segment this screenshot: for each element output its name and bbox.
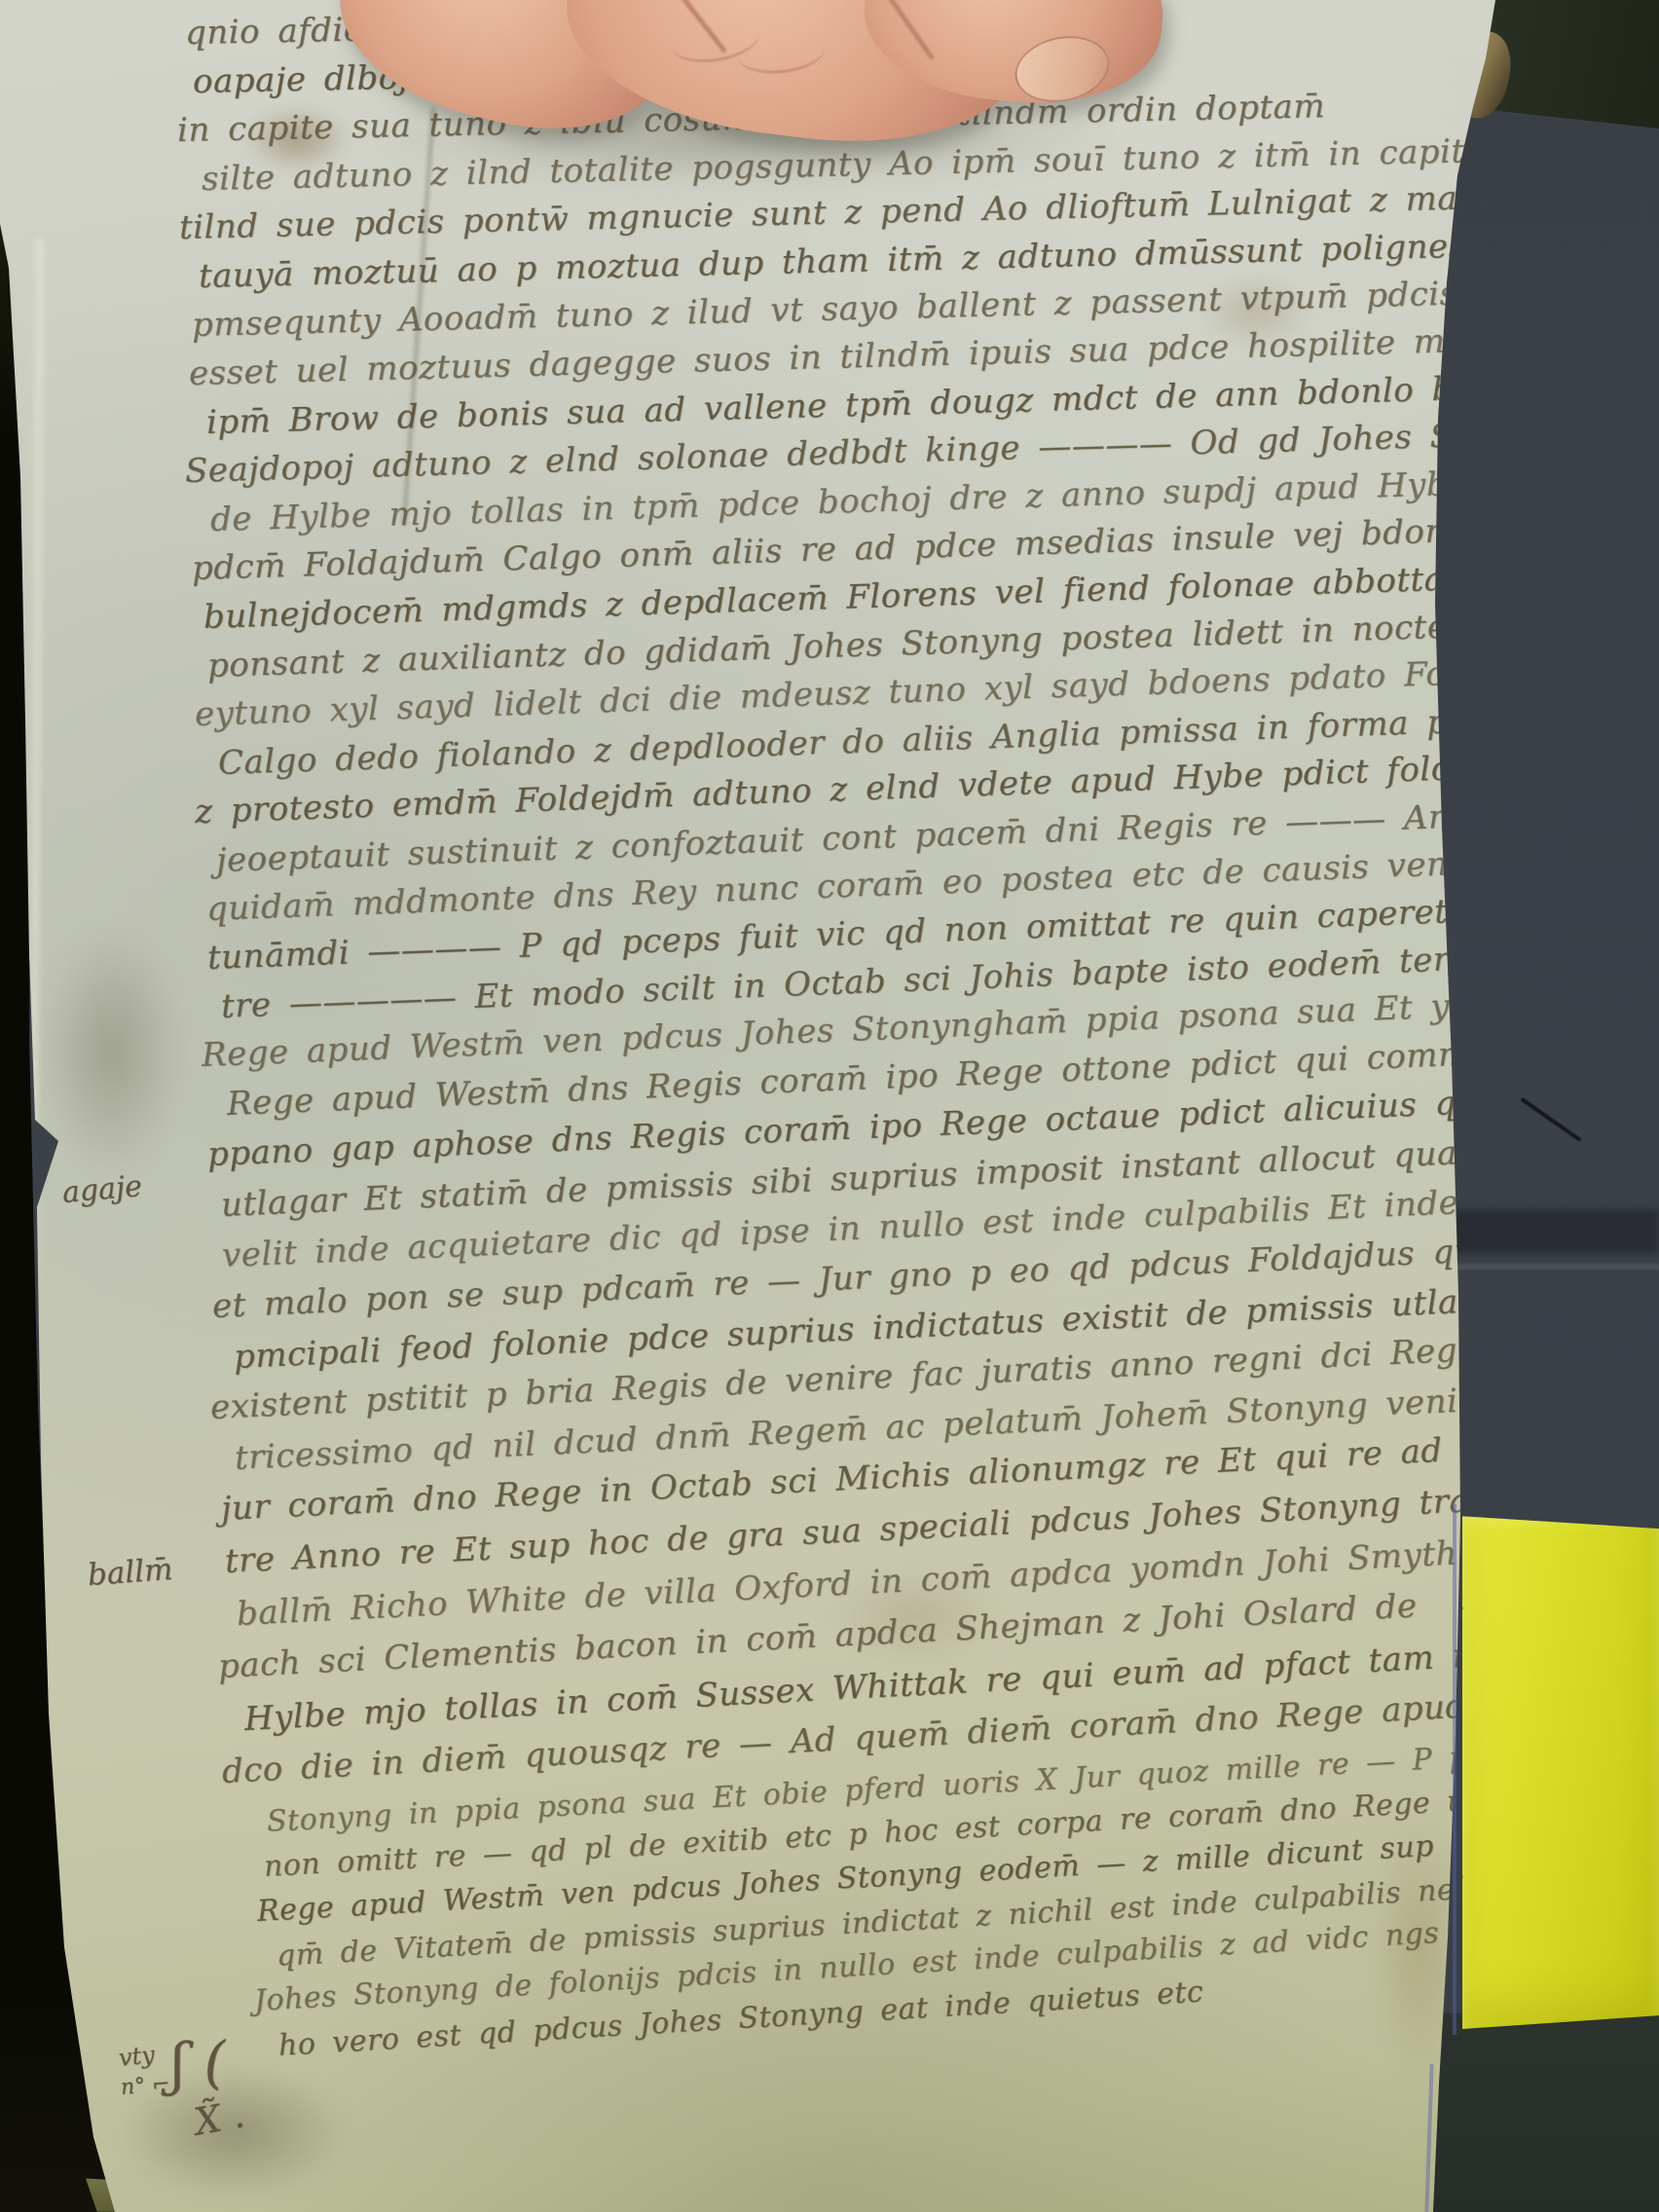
background-fold-shadow	[1439, 1209, 1659, 1254]
margin-note: ballm̄	[87, 1552, 174, 1593]
parchment-page: qnio afdio sm̄ ——— do ipud Brow tuno itm…	[0, 0, 1659, 2212]
margin-note: vty	[118, 2041, 156, 2072]
archive-photo-scene: qnio afdio sm̄ ——— do ipud Brow tuno itm…	[0, 0, 1659, 2212]
margin-note: X̃ .	[191, 2092, 247, 2143]
hand-fingers	[0, 0, 1659, 253]
paper-edge-fringe	[1453, 1504, 1456, 2035]
margin-note: ʃ (	[169, 2029, 227, 2097]
margin-note: agaje	[60, 1169, 143, 1210]
archive-label: 5058060KB 27/856Return by (04/06/2008)72…	[1462, 1511, 1659, 2029]
stain	[39, 925, 185, 1178]
background-bottom-right	[1419, 2013, 1659, 2212]
background-scratch	[1521, 1097, 1582, 1142]
background-fold-highlight	[1449, 1264, 1659, 1270]
margin-note: n° ⌐	[120, 2073, 170, 2100]
